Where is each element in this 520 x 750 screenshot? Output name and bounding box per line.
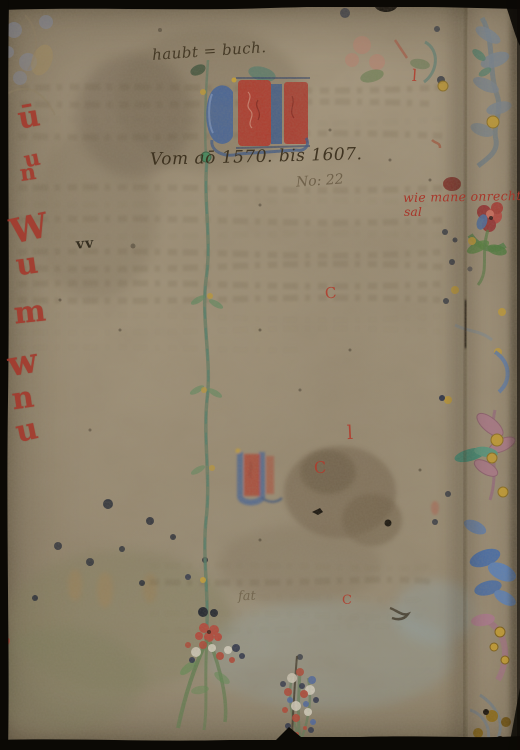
vellum-page (6, 7, 520, 741)
manuscript-scan: haubt = buch. Vom aō 1570. bis 1607. No:… (0, 0, 520, 750)
